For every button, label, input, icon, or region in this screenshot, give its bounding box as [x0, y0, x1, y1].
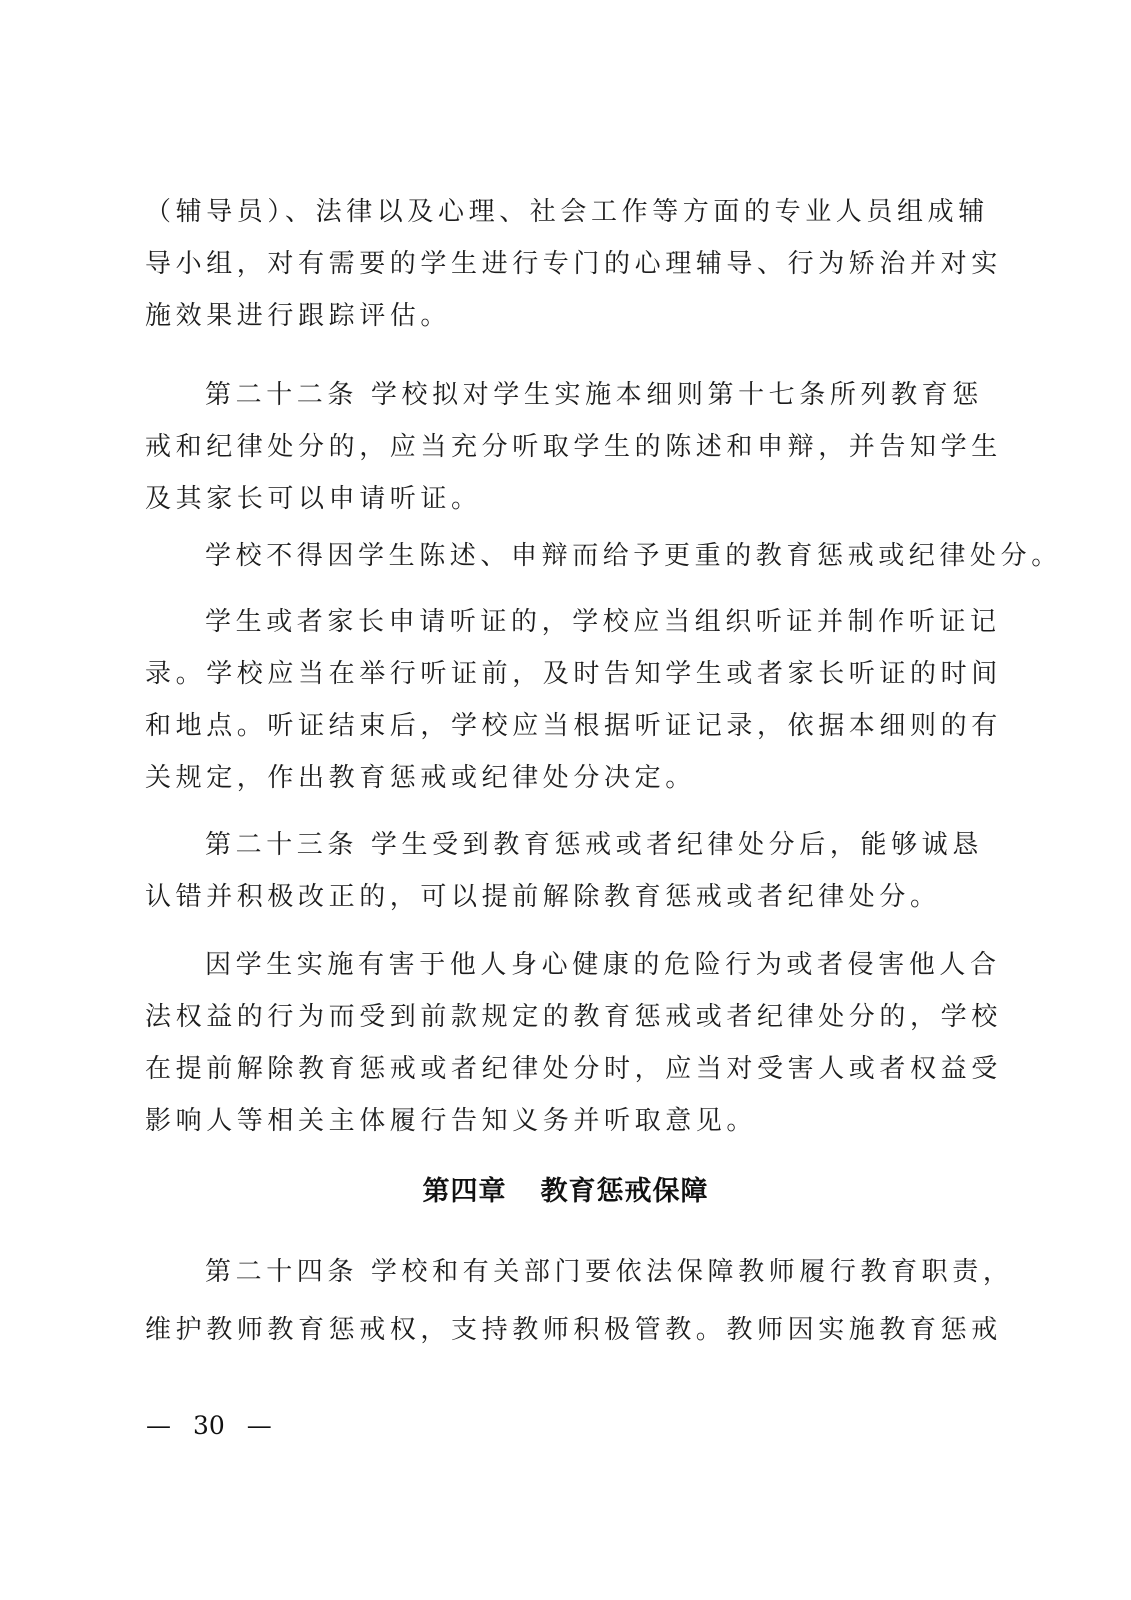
- chapter-heading: 第四章教育惩戒保障: [0, 1175, 1131, 1209]
- text-line: 关规定，作出教育惩戒或纪律处分决定。: [145, 762, 985, 794]
- text-line: 维护教师教育惩戒权，支持教师积极管教。教师因实施教育惩戒: [145, 1314, 985, 1346]
- text-line: 影响人等相关主体履行告知义务并听取意见。: [145, 1105, 985, 1137]
- chapter-title: 教育惩戒保障: [541, 1176, 709, 1207]
- text-line: 因学生实施有害于他人身心健康的危险行为或者侵害他人合: [205, 949, 985, 981]
- document-page: （辅导员）、法律以及心理、社会工作等方面的专业人员组成辅 导小组，对有需要的学生…: [0, 0, 1131, 1600]
- text-line: （辅导员）、法律以及心理、社会工作等方面的专业人员组成辅: [145, 196, 985, 228]
- text-line: 学校不得因学生陈述、申辩而给予更重的教育惩戒或纪律处分。: [205, 540, 985, 572]
- article-22-line: 第二十二条 学校拟对学生实施本细则第十七条所列教育惩: [205, 379, 985, 411]
- page-number: — 30 —: [146, 1411, 272, 1441]
- text-line: 戒和纪律处分的，应当充分听取学生的陈述和申辩，并告知学生: [145, 431, 985, 463]
- text-line: 在提前解除教育惩戒或者纪律处分时，应当对受害人或者权益受: [145, 1053, 985, 1085]
- text-line: 和地点。听证结束后，学校应当根据听证记录，依据本细则的有: [145, 710, 985, 742]
- text-line: 施效果进行跟踪评估。: [145, 300, 985, 332]
- text-line: 法权益的行为而受到前款规定的教育惩戒或者纪律处分的，学校: [145, 1001, 985, 1033]
- chapter-number: 第四章: [423, 1176, 507, 1207]
- text-line: 录。学校应当在举行听证前，及时告知学生或者家长听证的时间: [145, 658, 985, 690]
- article-23-line: 第二十三条 学生受到教育惩戒或者纪律处分后，能够诚恳: [205, 829, 985, 861]
- article-24-line: 第二十四条 学校和有关部门要依法保障教师履行教育职责，: [205, 1256, 985, 1288]
- text-line: 导小组，对有需要的学生进行专门的心理辅导、行为矫治并对实: [145, 248, 985, 280]
- text-line: 学生或者家长申请听证的，学校应当组织听证并制作听证记: [205, 606, 985, 638]
- text-line: 认错并积极改正的，可以提前解除教育惩戒或者纪律处分。: [145, 881, 985, 913]
- page-number-dash-left: —: [146, 1411, 171, 1441]
- text-line: 及其家长可以申请听证。: [145, 483, 985, 515]
- page-number-value: 30: [193, 1411, 225, 1440]
- page-number-dash-right: —: [247, 1411, 272, 1441]
